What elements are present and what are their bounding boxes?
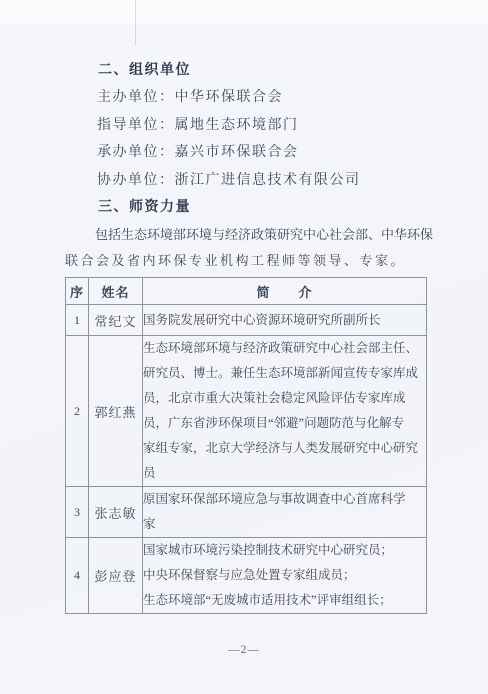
section-heading-organizers: 二、组织单位 — [98, 57, 426, 84]
column-header-intro: 简 介 — [143, 278, 427, 305]
row-name: 常纪文 — [89, 305, 143, 336]
section-heading-faculty: 三、师资力量 — [98, 194, 426, 221]
intro-line: 研究员、博士。兼任生态环境部新闻宣传专家库成 — [143, 361, 426, 386]
organizer-line-host: 主办单位：中华环保联合会 — [97, 84, 426, 112]
table-row: 2 郭红燕 生态环境部环境与经济政策研究中心社会部主任、 研究员、博士。兼任生态… — [66, 336, 427, 487]
row-name: 彭应登 — [89, 538, 143, 614]
document-content: 二、组织单位 主办单位：中华环保联合会 指导单位：属地生态环境部门 承办单位：嘉… — [0, 0, 426, 614]
organizer-line-undertaker: 承办单位：嘉兴市环保联合会 — [97, 139, 426, 167]
intro-line: 员，北京市重大决策社会稳定风险评估专家库成 — [143, 386, 426, 411]
intro-line: 家 — [143, 512, 426, 537]
intro-line: 家组专家，北京大学经济与人类发展研究中心研究 — [143, 436, 426, 461]
intro-line: 生态环境部“无废城市适用技术”评审组组长； — [143, 588, 426, 613]
row-name: 郭红燕 — [89, 336, 143, 487]
row-number: 1 — [66, 305, 89, 336]
row-number: 2 — [66, 336, 89, 487]
intro-line: 国家城市环境污染控制技术研究中心研究员； — [143, 538, 426, 563]
paragraph-line: 包括生态环境部环境与经济政策研究中心社会部、中华环保 — [65, 222, 426, 248]
intro-line: 生态环境部环境与经济政策研究中心社会部主任、 — [143, 336, 426, 361]
row-number: 4 — [66, 538, 89, 614]
intro-line: 国务院发展研究中心资源环境研究所副所长 — [143, 308, 426, 333]
paragraph-line: 联合会及省内环保专业机构工程师等领导、专家。 — [65, 248, 426, 274]
intro-line: 员，广东省涉环保项目“邻避”问题防范与化解专 — [143, 411, 426, 436]
faculty-table: 序 姓名 简 介 1 常纪文 国务院发展研究中心资源环境研究所副所长 2 郭红燕 — [65, 277, 427, 614]
organizer-line-coorganizer: 协办单位：浙江广进信息技术有限公司 — [97, 167, 426, 195]
column-header-name: 姓名 — [89, 278, 143, 305]
row-name: 张志敏 — [89, 487, 143, 538]
organizer-line-guidance: 指导单位：属地生态环境部门 — [97, 112, 426, 140]
table-row: 4 彭应登 国家城市环境污染控制技术研究中心研究员； 中央环保督察与应急处置专家… — [66, 538, 427, 614]
scanned-document-page: 二、组织单位 主办单位：中华环保联合会 指导单位：属地生态环境部门 承办单位：嘉… — [0, 0, 488, 694]
table-row: 1 常纪文 国务院发展研究中心资源环境研究所副所长 — [66, 305, 427, 336]
row-intro: 原国家环保部环境应急与事故调查中心首席科学 家 — [143, 487, 427, 538]
row-intro: 国务院发展研究中心资源环境研究所副所长 — [143, 305, 427, 336]
intro-line: 员 — [143, 461, 426, 486]
table-header-row: 序 姓名 简 介 — [66, 278, 427, 305]
row-intro: 国家城市环境污染控制技术研究中心研究员； 中央环保督察与应急处置专家组成员； 生… — [143, 538, 427, 614]
faculty-paragraph: 包括生态环境部环境与经济政策研究中心社会部、中华环保 联合会及省内环保专业机构工… — [65, 222, 426, 274]
page-number: —2— — [0, 644, 488, 656]
column-header-no: 序 — [66, 278, 89, 305]
row-intro: 生态环境部环境与经济政策研究中心社会部主任、 研究员、博士。兼任生态环境部新闻宣… — [143, 336, 427, 487]
intro-line: 原国家环保部环境应急与事故调查中心首席科学 — [143, 487, 426, 512]
table-row: 3 张志敏 原国家环保部环境应急与事故调查中心首席科学 家 — [66, 487, 427, 538]
row-number: 3 — [66, 487, 89, 538]
intro-line: 中央环保督察与应急处置专家组成员； — [143, 563, 426, 588]
